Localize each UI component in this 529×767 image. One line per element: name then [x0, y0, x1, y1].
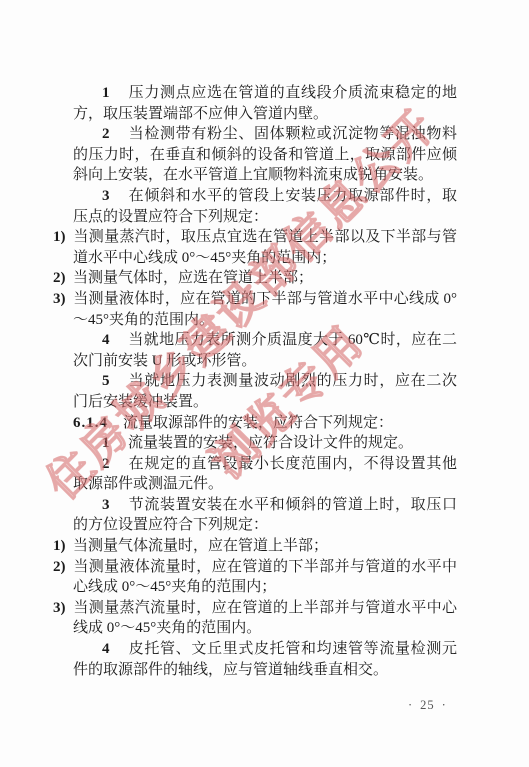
clause-number: 1): [53, 227, 73, 248]
clause-text: 当测量气体流量时，应在管道上半部；: [73, 538, 328, 554]
clause-number: 1): [53, 536, 73, 557]
clause-number: 3): [53, 289, 73, 310]
clause-text: 当就地压力表测量波动剧烈的压力时，应在二次门后安装缓冲装置。: [73, 373, 457, 410]
clause-text: 节流装置安装在水平和倾斜的管道上时，取压口的方位设置应符合下列规定：: [73, 497, 457, 534]
clause-text: 当测量气体时，应选在管道上半部；: [73, 270, 313, 286]
clause-text-block: 1压力测点应选在管道的直线段介质流束稳定的地方，取压装置端部不应伸入管道内壁。 …: [73, 83, 457, 680]
clause-text: 流量装置的安装，应符合设计文件的规定。: [128, 435, 413, 451]
clause-paragraph: 3在倾斜和水平的管段上安装压力取源部件时，取压点的设置应符合下列规定：: [73, 186, 457, 227]
clause-text: 当测量液体时，应在管道的下半部与管道水平中心线成 0°～45°夹角的范围内。: [73, 291, 457, 328]
page-number: ·25·: [408, 698, 447, 713]
clause-paragraph: 2)当测量气体时，应选在管道上半部；: [73, 268, 457, 289]
page-number-value: 25: [420, 698, 435, 712]
clause-text: 压力测点应选在管道的直线段介质流束稳定的地方，取压装置端部不应伸入管道内壁。: [73, 85, 457, 122]
page-number-dot-right: ·: [442, 698, 447, 712]
clause-paragraph: 6.1.4流量取源部件的安装，应符合下列规定：: [73, 413, 457, 434]
clause-paragraph: 4皮托管、文丘里式皮托管和均速管等流量检测元件的取源部件的轴线，应与管道轴线垂直…: [73, 639, 457, 680]
clause-text: 当测量蒸汽时，取压点宜选在管道上半部以及下半部与管道水平中心线成 0°～45°夹…: [73, 229, 457, 266]
clause-text: 当测量蒸汽流量时，应在管道的上半部并与管道水平中心线成 0°～45°夹角的范围内…: [73, 600, 457, 637]
clause-number: 2): [53, 557, 73, 578]
document-page: 住房城乡建设部信息公开 浏览专用 1压力测点应选在管道的直线段介质流束稳定的地方…: [0, 0, 529, 767]
clause-number: 2: [102, 454, 128, 475]
clause-number: 3): [53, 598, 73, 619]
clause-number: 3: [102, 186, 128, 207]
clause-text: 当就地压力表所测介质温度大于 60℃时，应在二次门前安装 U 形或环形管。: [73, 332, 457, 369]
clause-paragraph: 2当检测带有粉尘、固体颗粒或沉淀物等混浊物料的压力时，在垂直和倾斜的设备和管道上…: [73, 124, 457, 186]
clause-paragraph: 3节流装置安装在水平和倾斜的管道上时，取压口的方位设置应符合下列规定：: [73, 495, 457, 536]
clause-text: 当检测带有粉尘、固体颗粒或沉淀物等混浊物料的压力时，在垂直和倾斜的设备和管道上，…: [73, 126, 457, 183]
clause-text: 流量取源部件的安装，应符合下列规定：: [123, 415, 393, 431]
clause-number: 2): [53, 268, 73, 289]
clause-paragraph: 2)当测量液体流量时，应在管道的下半部并与管道的水平中心线成 0°～45°夹角的…: [73, 557, 457, 598]
clause-text: 在倾斜和水平的管段上安装压力取源部件时，取压点的设置应符合下列规定：: [73, 188, 457, 225]
clause-text: 在规定的直管段最小长度范围内，不得设置其他取源部件或测温元件。: [73, 456, 457, 493]
clause-number: 3: [102, 495, 128, 516]
clause-paragraph: 1)当测量气体流量时，应在管道上半部；: [73, 536, 457, 557]
clause-paragraph: 1压力测点应选在管道的直线段介质流束稳定的地方，取压装置端部不应伸入管道内壁。: [73, 83, 457, 124]
clause-paragraph: 2在规定的直管段最小长度范围内，不得设置其他取源部件或测温元件。: [73, 454, 457, 495]
clause-text: 皮托管、文丘里式皮托管和均速管等流量检测元件的取源部件的轴线，应与管道轴线垂直相…: [73, 641, 457, 678]
clause-text: 当测量液体流量时，应在管道的下半部并与管道的水平中心线成 0°～45°夹角的范围…: [73, 559, 457, 596]
clause-number: 4: [102, 639, 128, 660]
clause-number: 5: [102, 371, 128, 392]
clause-paragraph: 3)当测量蒸汽流量时，应在管道的上半部并与管道水平中心线成 0°～45°夹角的范…: [73, 598, 457, 639]
page-number-dot-left: ·: [408, 698, 413, 712]
clause-number: 6.1.4: [73, 413, 123, 434]
clause-paragraph: 1流量装置的安装，应符合设计文件的规定。: [73, 433, 457, 454]
clause-paragraph: 4当就地压力表所测介质温度大于 60℃时，应在二次门前安装 U 形或环形管。: [73, 330, 457, 371]
clause-paragraph: 1)当测量蒸汽时，取压点宜选在管道上半部以及下半部与管道水平中心线成 0°～45…: [73, 227, 457, 268]
clause-paragraph: 3)当测量液体时，应在管道的下半部与管道水平中心线成 0°～45°夹角的范围内。: [73, 289, 457, 330]
clause-number: 4: [102, 330, 128, 351]
clause-number: 1: [102, 433, 128, 454]
clause-paragraph: 5当就地压力表测量波动剧烈的压力时，应在二次门后安装缓冲装置。: [73, 371, 457, 412]
clause-number: 1: [102, 83, 128, 104]
clause-number: 2: [102, 124, 128, 145]
